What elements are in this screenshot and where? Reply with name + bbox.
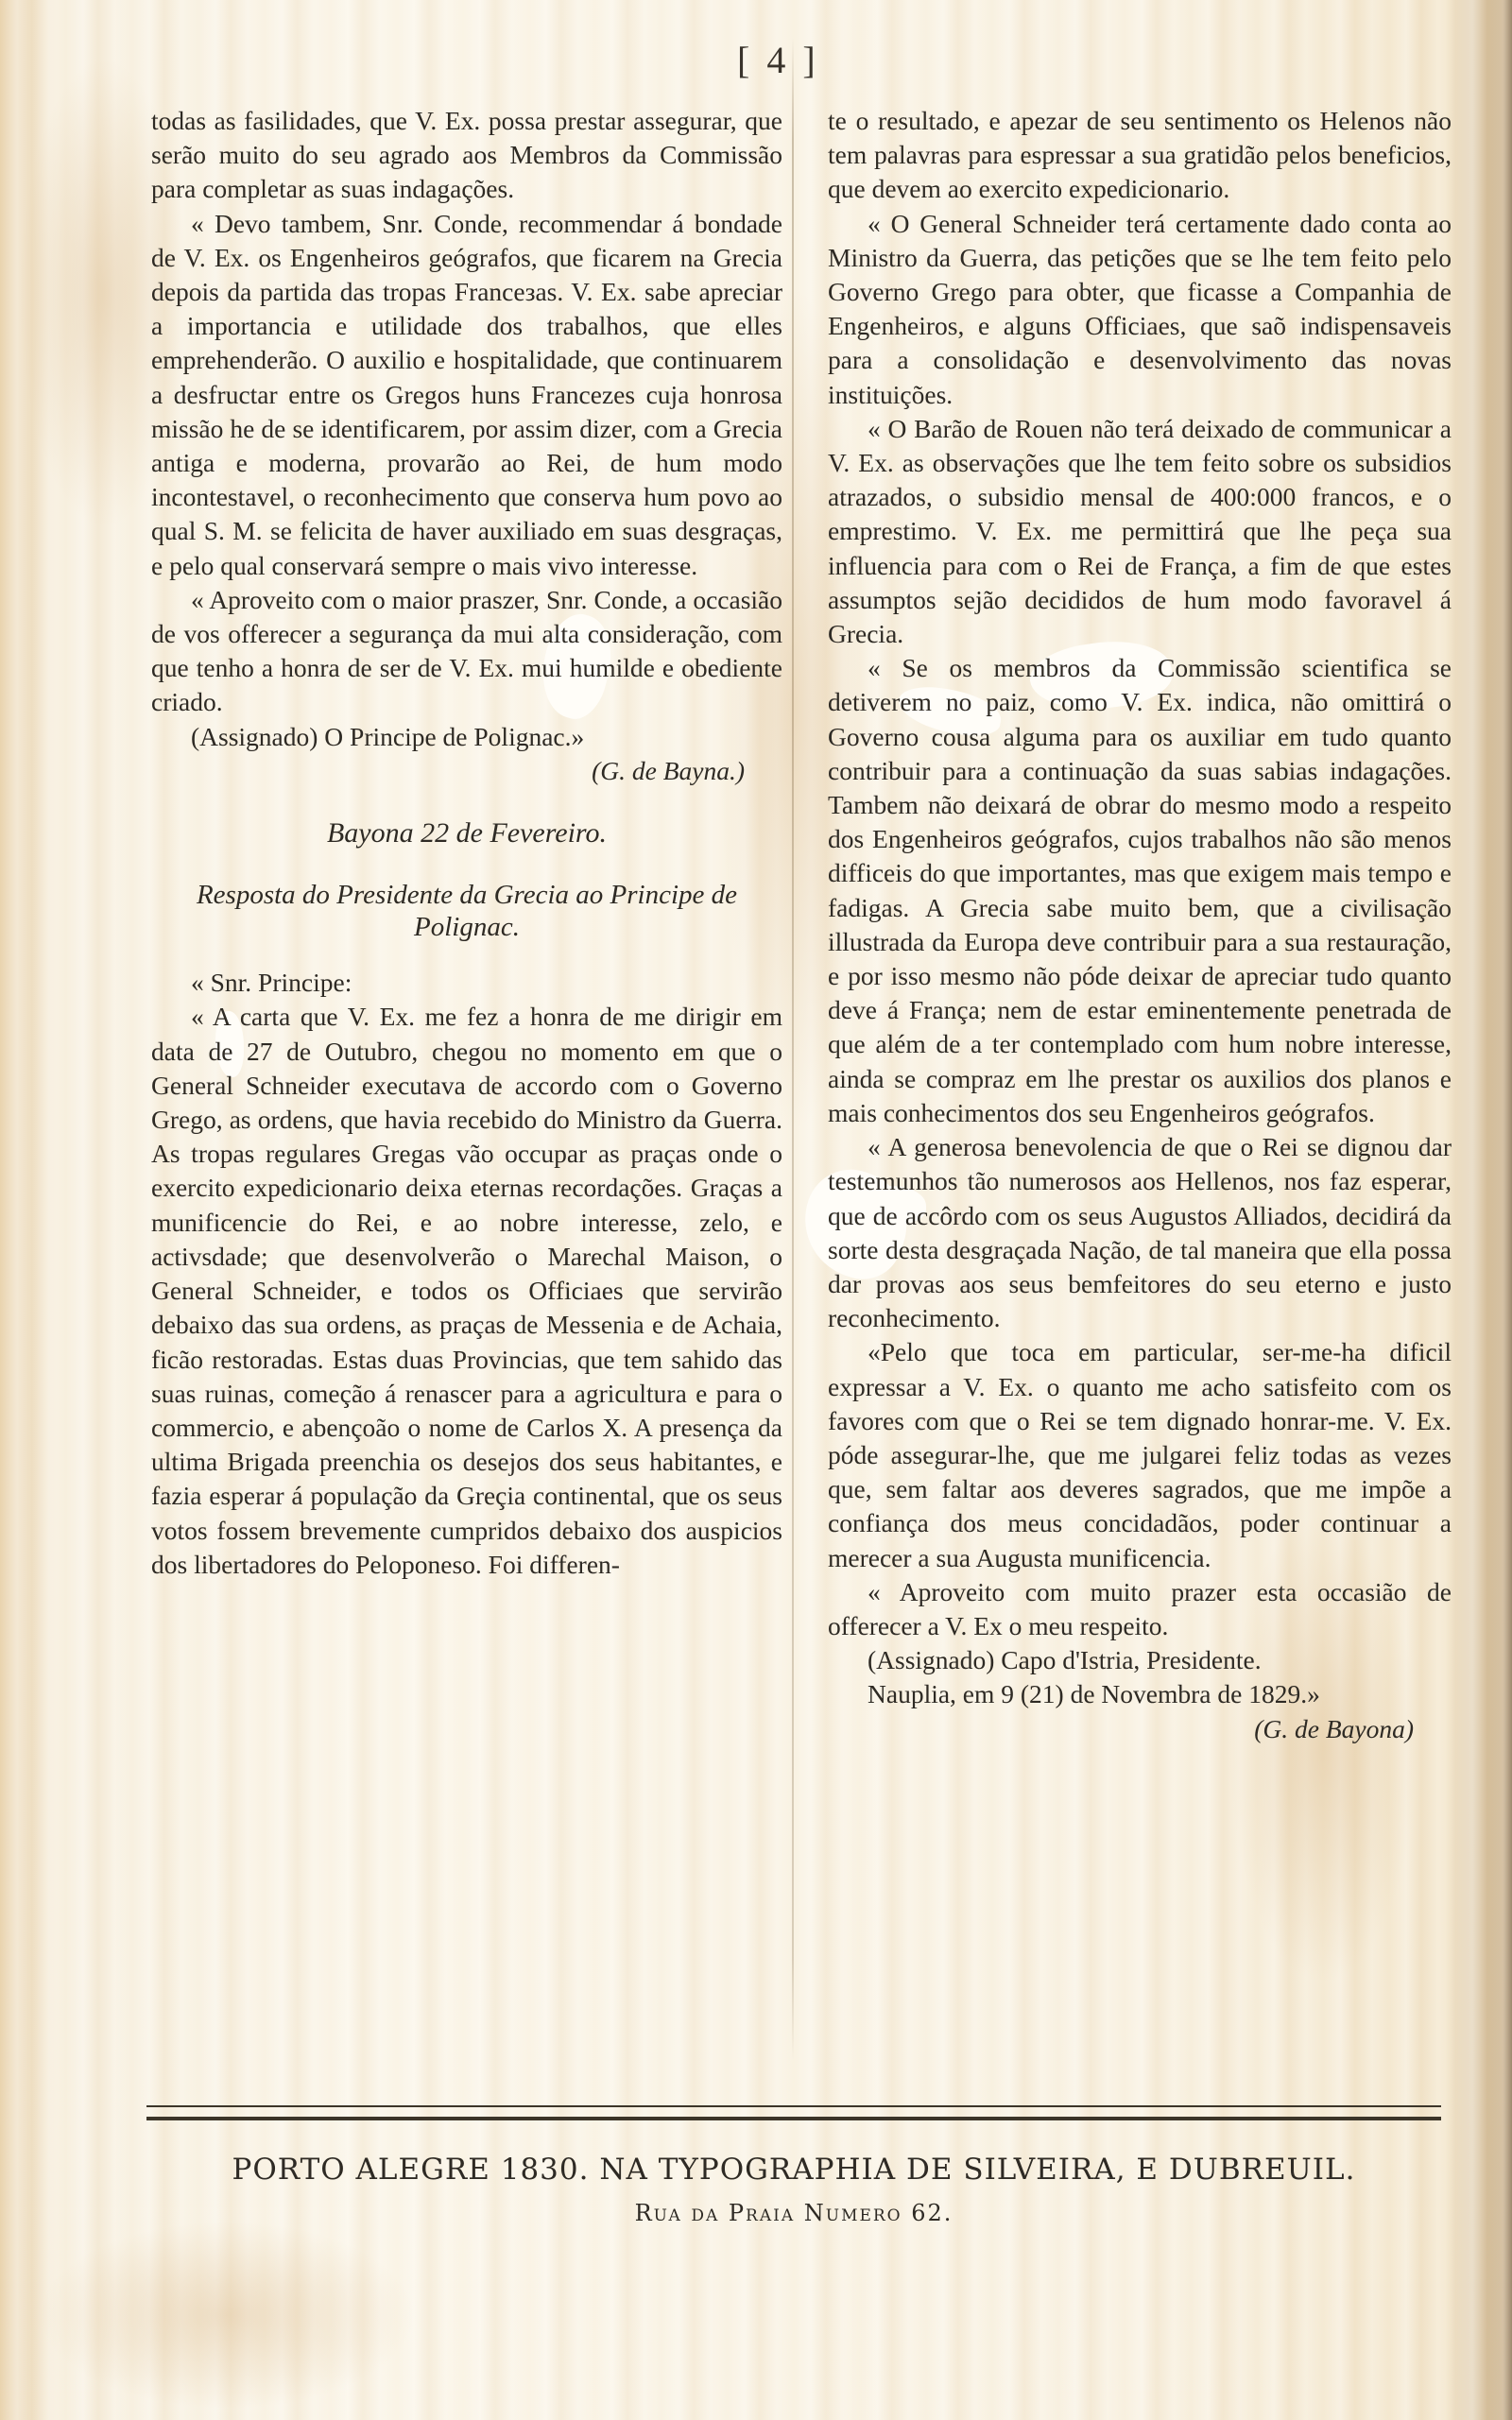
footer-rule: [146, 2105, 1441, 2120]
paragraph: « Devo tambem, Snr. Conde, recommendar á…: [151, 207, 782, 583]
source-citation: (G. de Bayona): [828, 1712, 1452, 1746]
paragraph: «Pelo que toca em particular, ser-me-ha …: [828, 1335, 1452, 1574]
source-citation: (G. de Bayna.): [151, 754, 782, 788]
salutation: « Snr. Principe:: [151, 966, 782, 1000]
article-heading: Resposta do Presidente da Grecia ao Prin…: [151, 879, 782, 943]
paragraph: « A carta que V. Ex. me fez a honra de m…: [151, 1000, 782, 1581]
paragraph: te o resultado, e apezar de seu sentimen…: [828, 104, 1452, 207]
place-date: Nauplia, em 9 (21) de Novembra de 1829.»: [828, 1677, 1452, 1711]
paragraph: « A generosa benevolencia de que o Rei s…: [828, 1130, 1452, 1335]
paragraph: « Se os membros da Commissão scientifica…: [828, 651, 1452, 1130]
paragraph: « O General Schneider terá certamente da…: [828, 207, 1452, 412]
printer-address: Rua da Praia Numero 62.: [132, 2200, 1455, 2226]
paragraph: todas as fasilidades, que V. Ex. possa p…: [151, 104, 782, 207]
dateline: Bayona 22 de Fevereiro.: [151, 816, 782, 850]
newspaper-page: [ 4 ] todas as fasilidades, que V. Ex. p…: [0, 0, 1512, 2420]
column-divider: [792, 38, 794, 2060]
left-column: todas as fasilidades, que V. Ex. possa p…: [151, 104, 782, 1582]
paragraph: « Aproveito com o maior praszer, Snr. Co…: [151, 583, 782, 720]
paragraph: « O Barão de Rouen não terá deixado de c…: [828, 412, 1452, 651]
printer-imprint: PORTO ALEGRE 1830. NA TYPOGRAPHIA DE SIL…: [132, 2153, 1455, 2187]
page-number: [ 4 ]: [737, 38, 819, 82]
paragraph: « Aproveito com muito prazer esta occasi…: [828, 1575, 1452, 1643]
water-stain: [38, 2221, 416, 2410]
signature-capodistria: (Assignado) Capo d'Istria, Presidente.: [828, 1643, 1452, 1677]
right-column: te o resultado, e apezar de seu sentimen…: [828, 104, 1452, 1746]
signature-polignac: (Assignado) O Principe de Polignac.»: [151, 720, 782, 754]
